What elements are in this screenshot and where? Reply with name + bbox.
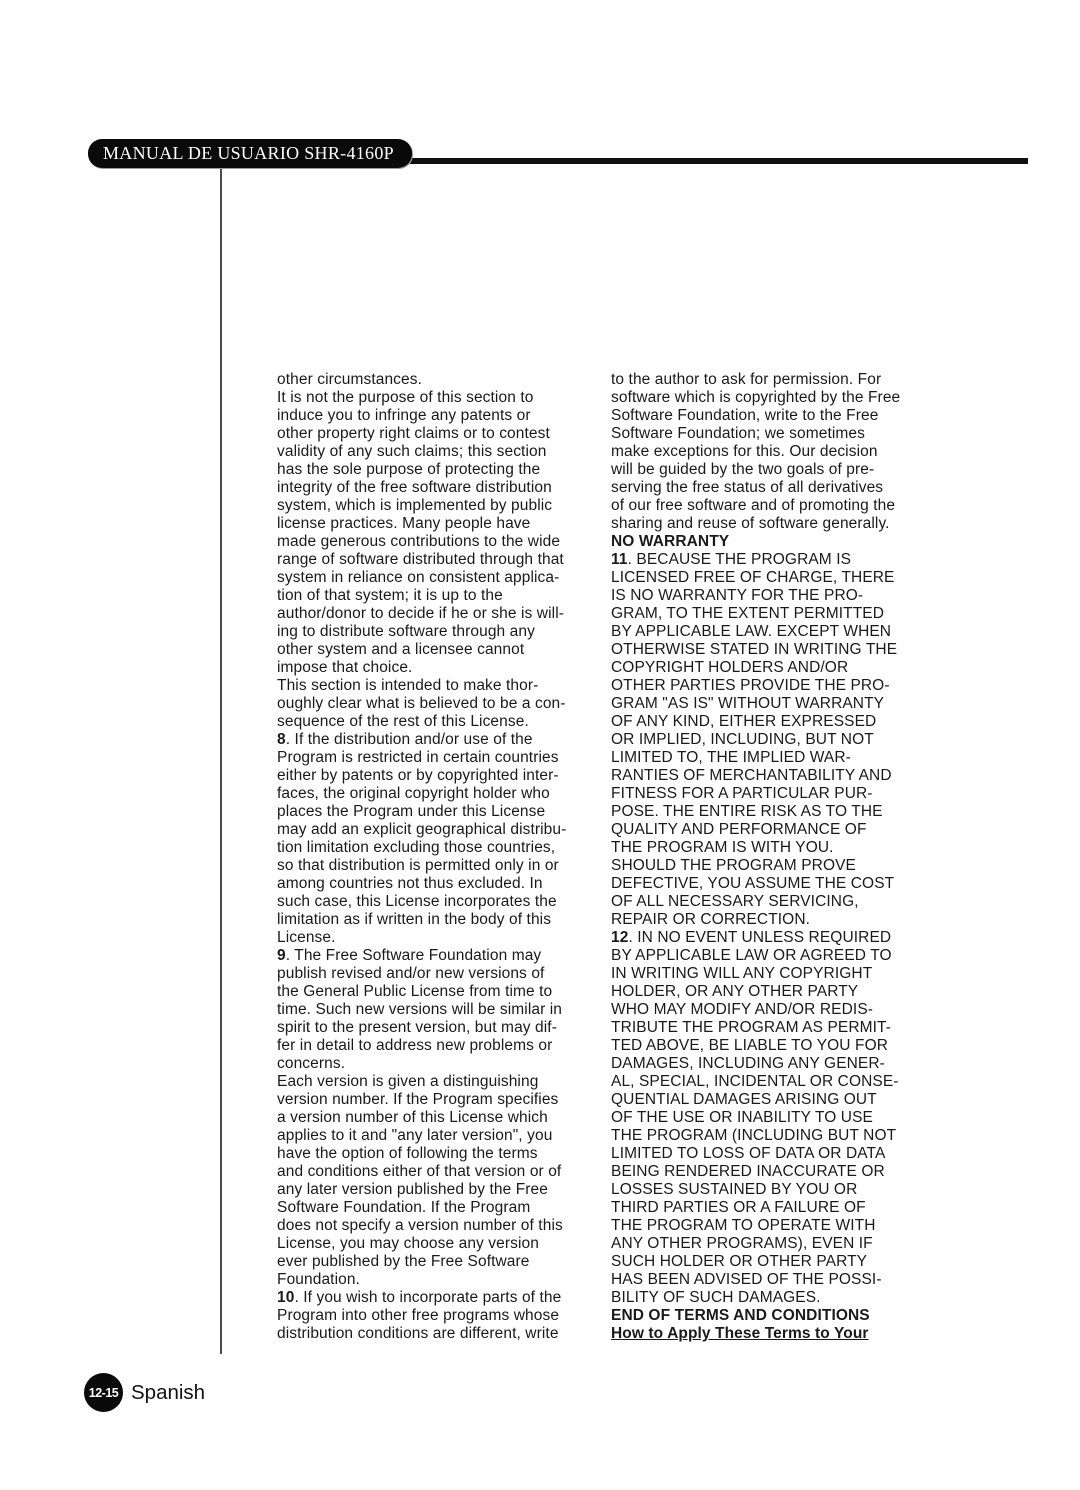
- text-line: DAMAGES, INCLUDING ANY GENER-: [611, 1055, 936, 1073]
- text-line: to the author to ask for permission. For: [611, 371, 936, 389]
- text-line: QUENTIAL DAMAGES ARISING OUT: [611, 1091, 936, 1109]
- text-line: BEING RENDERED INACCURATE OR: [611, 1163, 936, 1181]
- text-line: ing to distribute software through any: [277, 623, 602, 641]
- text-line: QUALITY AND PERFORMANCE OF: [611, 821, 936, 839]
- text-line: THIRD PARTIES OR A FAILURE OF: [611, 1199, 936, 1217]
- text-line: so that distribution is permitted only i…: [277, 857, 602, 875]
- text-line: HAS BEEN ADVISED OF THE POSSI-: [611, 1271, 936, 1289]
- text-line: induce you to infringe any patents or: [277, 407, 602, 425]
- text-line: WHO MAY MODIFY AND/OR REDIS-: [611, 1001, 936, 1019]
- text-line: concerns.: [277, 1055, 602, 1073]
- text-line: 12. IN NO EVENT UNLESS REQUIRED: [611, 929, 936, 947]
- text-line: does not specify a version number of thi…: [277, 1217, 602, 1235]
- text-line: BILITY OF SUCH DAMAGES.: [611, 1289, 936, 1307]
- text-line: SUCH HOLDER OR OTHER PARTY: [611, 1253, 936, 1271]
- text-line: time. Such new versions will be similar …: [277, 1001, 602, 1019]
- text-line: ANY OTHER PROGRAMS), EVEN IF: [611, 1235, 936, 1253]
- text-line: other circumstances.: [277, 371, 602, 389]
- license-column-right: to the author to ask for permission. For…: [611, 371, 936, 1343]
- text-line: License.: [277, 929, 602, 947]
- text-line: OF THE USE OR INABILITY TO USE: [611, 1109, 936, 1127]
- text-line: Foundation.: [277, 1271, 602, 1289]
- text-line: and conditions either of that version or…: [277, 1163, 602, 1181]
- text-line: Program into other free programs whose: [277, 1307, 602, 1325]
- text-line: publish revised and/or new versions of: [277, 965, 602, 983]
- text-line: serving the free status of all derivativ…: [611, 479, 936, 497]
- text-line: ever published by the Free Software: [277, 1253, 602, 1271]
- text-line: distribution conditions are different, w…: [277, 1325, 602, 1343]
- text-line: faces, the original copyright holder who: [277, 785, 602, 803]
- text-line: either by patents or by copyrighted inte…: [277, 767, 602, 785]
- left-margin-rule: [220, 166, 222, 1354]
- text-line: REPAIR OR CORRECTION.: [611, 911, 936, 929]
- text-line: Software Foundation. If the Program: [277, 1199, 602, 1217]
- text-line: END OF TERMS AND CONDITIONS: [611, 1307, 936, 1325]
- text-line: sequence of the rest of this License.: [277, 713, 602, 731]
- text-line: OF ANY KIND, EITHER EXPRESSED: [611, 713, 936, 731]
- text-line: other system and a licensee cannot: [277, 641, 602, 659]
- text-line: LIMITED TO, THE IMPLIED WAR-: [611, 749, 936, 767]
- text-line: DEFECTIVE, YOU ASSUME THE COST: [611, 875, 936, 893]
- text-line: POSE. THE ENTIRE RISK AS TO THE: [611, 803, 936, 821]
- text-line: a version number of this License which: [277, 1109, 602, 1127]
- text-line: of our free software and of promoting th…: [611, 497, 936, 515]
- text-line: system, which is implemented by public: [277, 497, 602, 515]
- text-line: OTHERWISE STATED IN WRITING THE: [611, 641, 936, 659]
- text-line: the General Public License from time to: [277, 983, 602, 1001]
- text-line: made generous contributions to the wide: [277, 533, 602, 551]
- manual-title: MANUAL DE USUARIO SHR-4160P: [103, 143, 394, 163]
- text-line: HOLDER, OR ANY OTHER PARTY: [611, 983, 936, 1001]
- text-line: LICENSED FREE OF CHARGE, THERE: [611, 569, 936, 587]
- text-line: TED ABOVE, BE LIABLE TO YOU FOR: [611, 1037, 936, 1055]
- text-line: Software Foundation, write to the Free: [611, 407, 936, 425]
- text-line: OF ALL NECESSARY SERVICING,: [611, 893, 936, 911]
- text-line: other property right claims or to contes…: [277, 425, 602, 443]
- text-line: impose that choice.: [277, 659, 602, 677]
- text-line: TRIBUTE THE PROGRAM AS PERMIT-: [611, 1019, 936, 1037]
- text-line: will be guided by the two goals of pre-: [611, 461, 936, 479]
- text-line: has the sole purpose of protecting the: [277, 461, 602, 479]
- text-line: may add an explicit geographical distrib…: [277, 821, 602, 839]
- text-line: OTHER PARTIES PROVIDE THE PRO-: [611, 677, 936, 695]
- text-line: It is not the purpose of this section to: [277, 389, 602, 407]
- text-line: version number. If the Program specifies: [277, 1091, 602, 1109]
- text-line: range of software distributed through th…: [277, 551, 602, 569]
- text-line: limitation as if written in the body of …: [277, 911, 602, 929]
- text-line: License, you may choose any version: [277, 1235, 602, 1253]
- page-number-badge: 12-15: [84, 1373, 123, 1412]
- text-line: sharing and reuse of software generally.: [611, 515, 936, 533]
- text-line: LOSSES SUSTAINED BY YOU OR: [611, 1181, 936, 1199]
- text-line: oughly clear what is believed to be a co…: [277, 695, 602, 713]
- text-line: fer in detail to address new problems or: [277, 1037, 602, 1055]
- text-line: 9. The Free Software Foundation may: [277, 947, 602, 965]
- text-line: THE PROGRAM IS WITH YOU.: [611, 839, 936, 857]
- text-line: OR IMPLIED, INCLUDING, BUT NOT: [611, 731, 936, 749]
- text-line: Program is restricted in certain countri…: [277, 749, 602, 767]
- text-line: AL, SPECIAL, INCIDENTAL OR CONSE-: [611, 1073, 936, 1091]
- text-line: spirit to the present version, but may d…: [277, 1019, 602, 1037]
- text-line: GRAM "AS IS" WITHOUT WARRANTY: [611, 695, 936, 713]
- text-line: 11. BECAUSE THE PROGRAM IS: [611, 551, 936, 569]
- text-line: such case, this License incorporates the: [277, 893, 602, 911]
- text-line: make exceptions for this. Our decision: [611, 443, 936, 461]
- text-line: COPYRIGHT HOLDERS AND/OR: [611, 659, 936, 677]
- text-line: have the option of following the terms: [277, 1145, 602, 1163]
- text-line: How to Apply These Terms to Your: [611, 1325, 936, 1343]
- text-line: tion limitation excluding those countrie…: [277, 839, 602, 857]
- text-line: 8. If the distribution and/or use of the: [277, 731, 602, 749]
- text-line: tion of that system; it is up to the: [277, 587, 602, 605]
- license-column-left: other circumstances.It is not the purpos…: [277, 371, 602, 1343]
- text-line: any later version published by the Free: [277, 1181, 602, 1199]
- text-line: IN WRITING WILL ANY COPYRIGHT: [611, 965, 936, 983]
- text-line: software which is copyrighted by the Fre…: [611, 389, 936, 407]
- text-line: NO WARRANTY: [611, 533, 936, 551]
- text-line: LIMITED TO LOSS OF DATA OR DATA: [611, 1145, 936, 1163]
- text-line: applies to it and "any later version", y…: [277, 1127, 602, 1145]
- text-line: BY APPLICABLE LAW OR AGREED TO: [611, 947, 936, 965]
- text-line: SHOULD THE PROGRAM PROVE: [611, 857, 936, 875]
- text-line: GRAM, TO THE EXTENT PERMITTED: [611, 605, 936, 623]
- text-line: IS NO WARRANTY FOR THE PRO-: [611, 587, 936, 605]
- text-line: Each version is given a distinguishing: [277, 1073, 602, 1091]
- language-label: Spanish: [131, 1381, 205, 1405]
- text-line: RANTIES OF MERCHANTABILITY AND: [611, 767, 936, 785]
- manual-title-banner: MANUAL DE USUARIO SHR-4160P: [88, 139, 412, 168]
- text-line: integrity of the free software distribut…: [277, 479, 602, 497]
- text-line: THE PROGRAM TO OPERATE WITH: [611, 1217, 936, 1235]
- text-line: BY APPLICABLE LAW. EXCEPT WHEN: [611, 623, 936, 641]
- text-line: validity of any such claims; this sectio…: [277, 443, 602, 461]
- text-line: Software Foundation; we sometimes: [611, 425, 936, 443]
- text-line: FITNESS FOR A PARTICULAR PUR-: [611, 785, 936, 803]
- text-line: among countries not thus excluded. In: [277, 875, 602, 893]
- text-line: 10. If you wish to incorporate parts of …: [277, 1289, 602, 1307]
- text-line: author/donor to decide if he or she is w…: [277, 605, 602, 623]
- page-number: 12-15: [89, 1386, 118, 1400]
- text-line: license practices. Many people have: [277, 515, 602, 533]
- text-line: places the Program under this License: [277, 803, 602, 821]
- text-line: This section is intended to make thor-: [277, 677, 602, 695]
- text-line: THE PROGRAM (INCLUDING BUT NOT: [611, 1127, 936, 1145]
- text-line: system in reliance on consistent applica…: [277, 569, 602, 587]
